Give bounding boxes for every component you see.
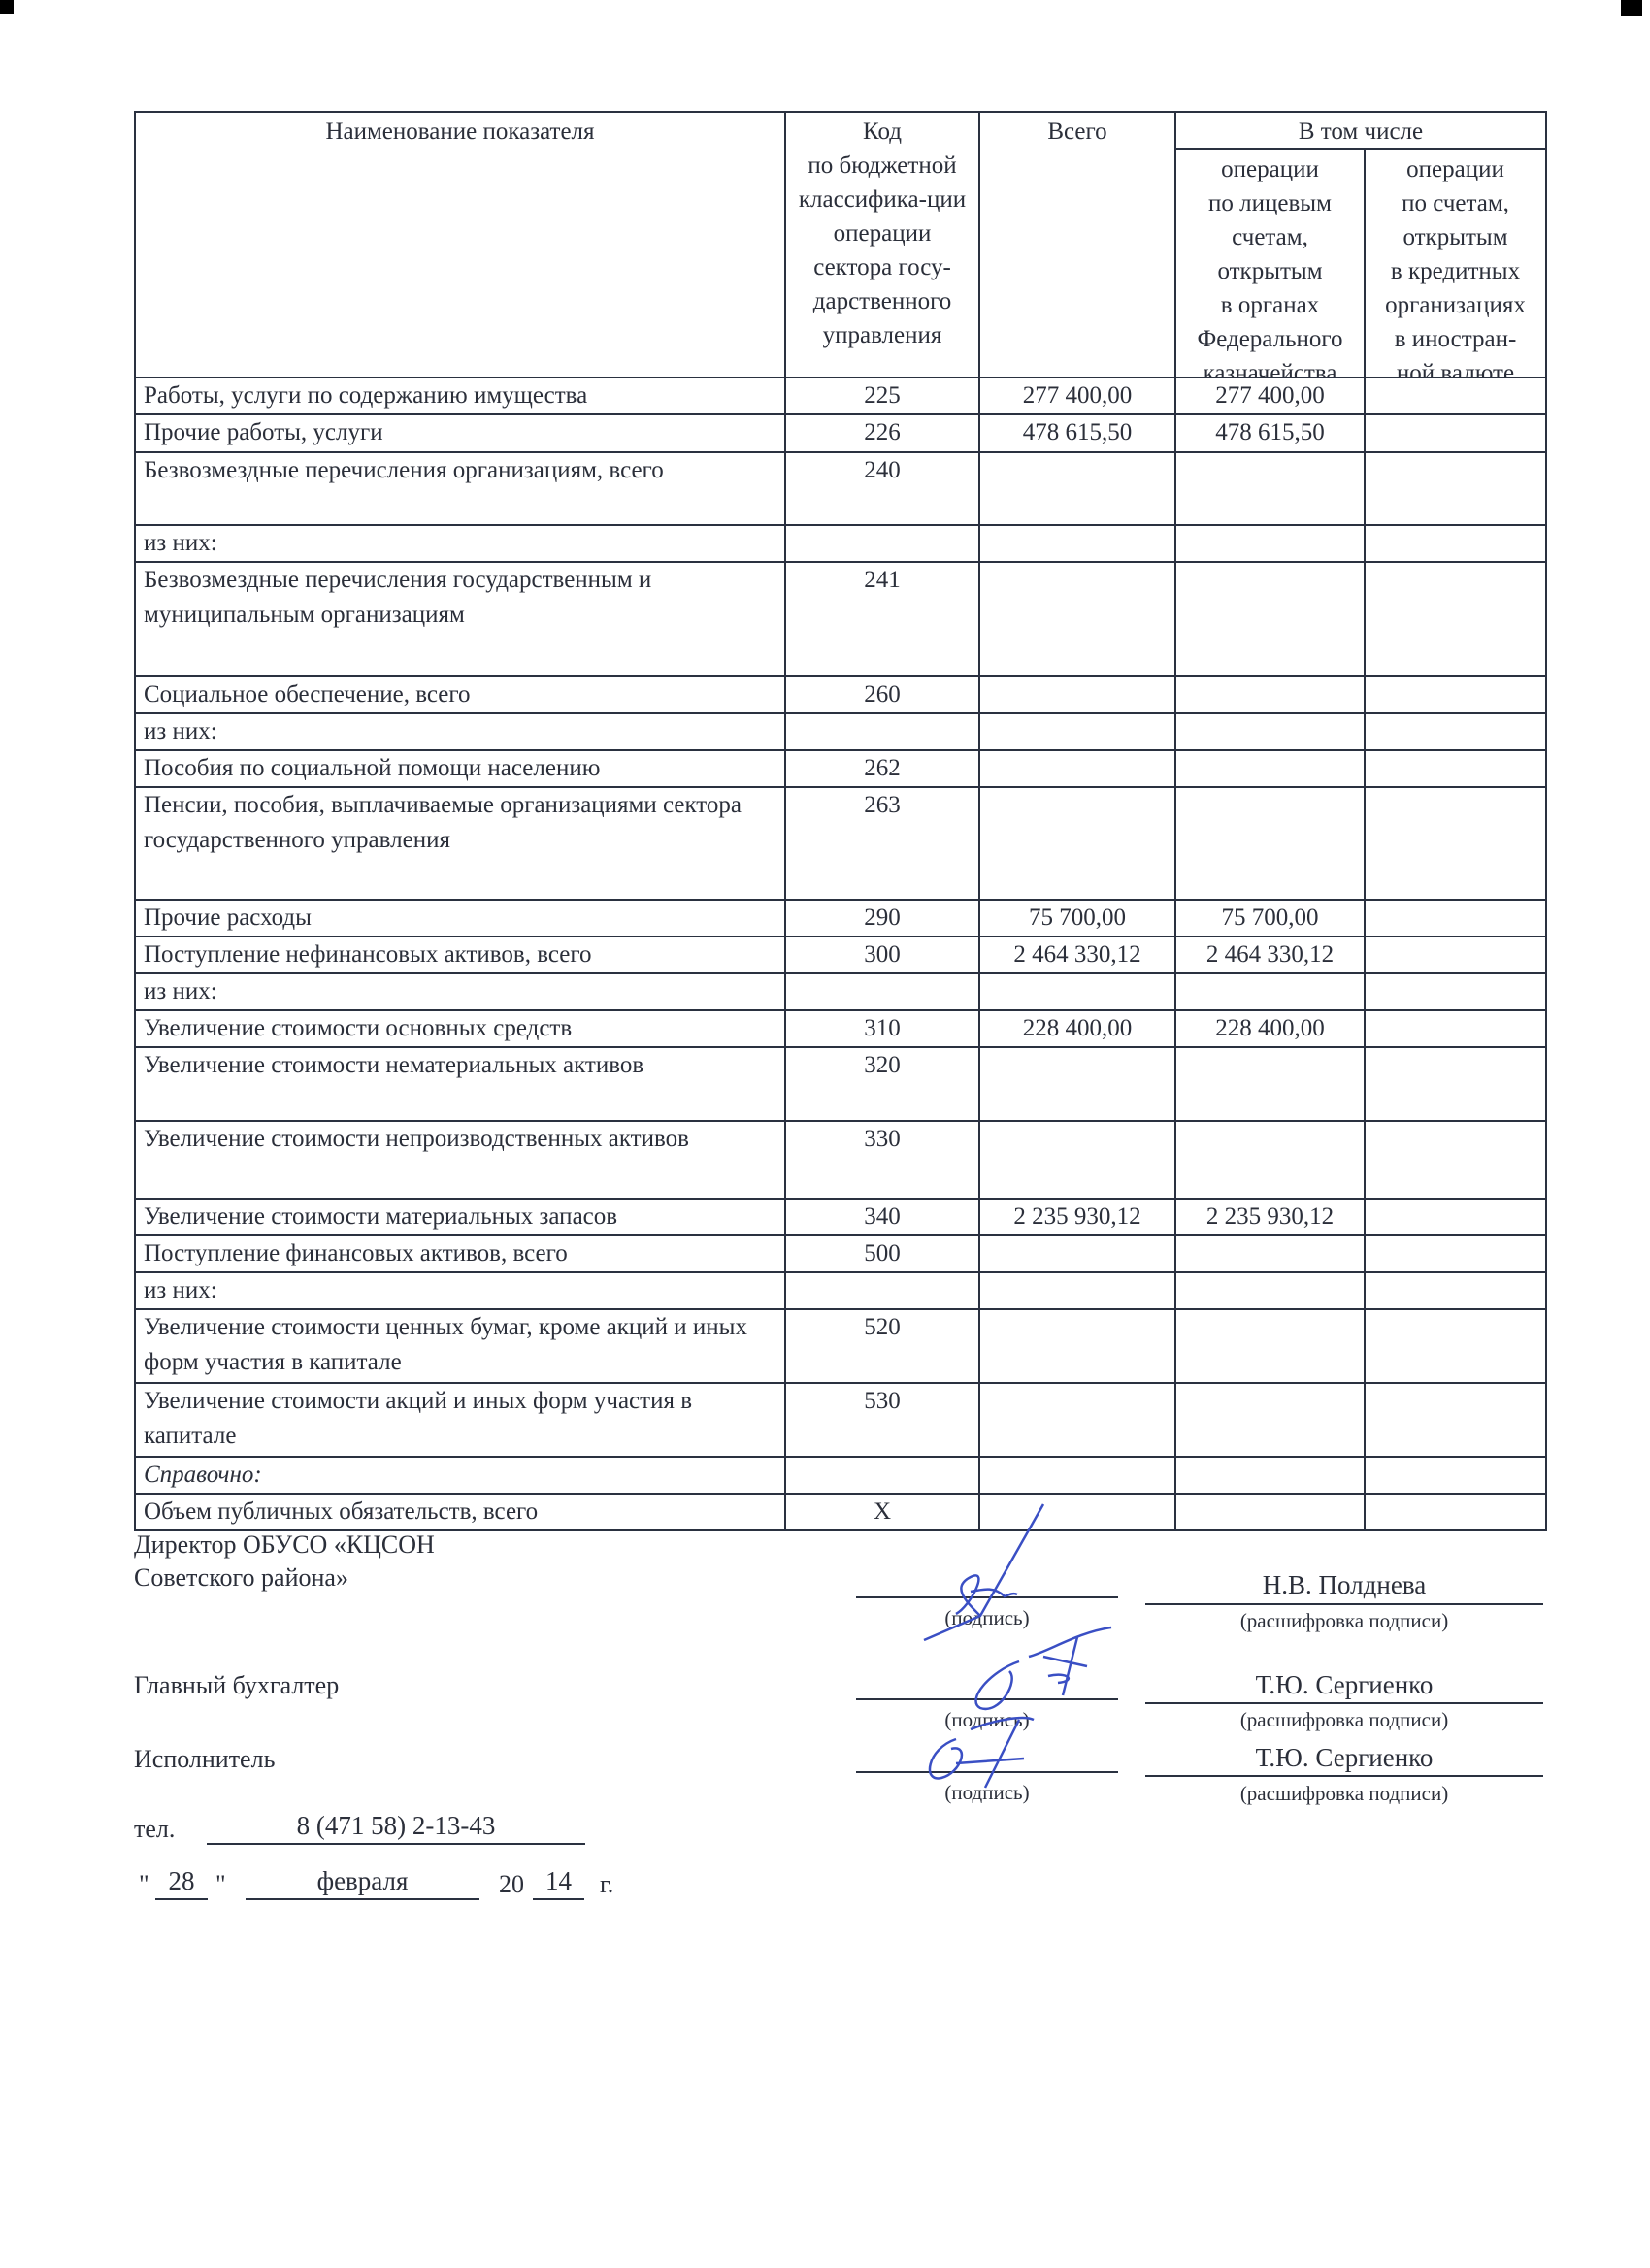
date-year-line	[533, 1898, 584, 1900]
table-row: Работы, услуги по содержанию имущества22…	[135, 378, 1546, 414]
table-row: Безвозмездные перечисления государственн…	[135, 562, 1546, 676]
phone-line	[207, 1843, 585, 1845]
cell-total	[979, 1272, 1175, 1309]
cell-code: 226	[785, 414, 979, 452]
cell-credit	[1365, 973, 1546, 1010]
cell-name: Пенсии, пособия, выплачиваемые организац…	[135, 787, 785, 900]
cell-name: Увеличение стоимости непроизводственных …	[135, 1121, 785, 1199]
date-month-line	[246, 1898, 479, 1900]
director-title: Директор ОБУСО «КЦСОН Советского района»	[134, 1528, 435, 1594]
cell-name: из них:	[135, 525, 785, 562]
cell-fk	[1175, 452, 1365, 525]
cell-fk	[1175, 713, 1365, 750]
cell-total	[979, 973, 1175, 1010]
cell-total	[979, 1121, 1175, 1199]
cell-name: Объем публичных обязательств, всего	[135, 1494, 785, 1530]
table-row: Социальное обеспечение, всего260	[135, 676, 1546, 713]
cell-credit	[1365, 1494, 1546, 1530]
cell-name: Увеличение стоимости акций и иных форм у…	[135, 1383, 785, 1457]
date-close-quote: "	[215, 1868, 226, 1901]
cell-code: 340	[785, 1199, 979, 1235]
cell-name: Работы, услуги по содержанию имущества	[135, 378, 785, 414]
cell-fk	[1175, 1494, 1365, 1530]
phone-label: тел.	[134, 1813, 175, 1846]
executor-signature-icon	[917, 1710, 1063, 1802]
date-open-quote: "	[139, 1868, 149, 1901]
table-row: из них:	[135, 1272, 1546, 1309]
cell-fk	[1175, 1309, 1365, 1383]
executor-name-line	[1145, 1775, 1543, 1777]
table-row: из них:	[135, 713, 1546, 750]
table-row: Объем публичных обязательств, всегоX	[135, 1494, 1546, 1530]
header-including: В том числе	[1175, 112, 1546, 149]
cell-fk	[1175, 562, 1365, 676]
cell-fk: 478 615,50	[1175, 414, 1365, 452]
cell-credit	[1365, 1047, 1546, 1121]
table-row: Увеличение стоимости акций и иных форм у…	[135, 1383, 1546, 1457]
cell-credit	[1365, 525, 1546, 562]
cell-credit	[1365, 1309, 1546, 1383]
cell-fk	[1175, 1383, 1365, 1457]
cell-fk	[1175, 787, 1365, 900]
cell-name: из них:	[135, 1272, 785, 1309]
cell-name: из них:	[135, 713, 785, 750]
cell-total	[979, 1309, 1175, 1383]
cell-credit	[1365, 1383, 1546, 1457]
date-year: 14	[533, 1866, 584, 1896]
cell-code	[785, 525, 979, 562]
header-fk: операциипо лицевымсчетам,открытымв орган…	[1175, 149, 1365, 378]
cell-total	[979, 713, 1175, 750]
table-row: из них:	[135, 525, 1546, 562]
scan-corner-mark	[0, 0, 14, 14]
report-table: Наименование показателя Кодпо бюджетнойк…	[134, 111, 1547, 1531]
date-day: 28	[155, 1866, 208, 1896]
cell-total: 228 400,00	[979, 1010, 1175, 1047]
phone-value: 8 (471 58) 2-13-43	[207, 1811, 585, 1841]
table-row: Поступление нефинансовых активов, всего3…	[135, 937, 1546, 973]
cell-total	[979, 676, 1175, 713]
cell-total	[979, 525, 1175, 562]
table-row: из них:	[135, 973, 1546, 1010]
chief-name-line	[1145, 1702, 1543, 1704]
cell-credit	[1365, 562, 1546, 676]
cell-name: Увеличение стоимости основных средств	[135, 1010, 785, 1047]
executor-name: Т.Ю. Сергиенко	[1145, 1743, 1543, 1773]
table-row: Увеличение стоимости непроизводственных …	[135, 1121, 1546, 1199]
chief-accountant-title: Главный бухгалтер	[134, 1669, 339, 1702]
cell-credit	[1365, 1235, 1546, 1272]
header-credit: операциипо счетам,открытымв кредитныхорг…	[1365, 149, 1546, 378]
director-title-line2: Советского района»	[134, 1561, 435, 1594]
cell-total: 478 615,50	[979, 414, 1175, 452]
date-suffix: г.	[600, 1868, 613, 1901]
cell-code	[785, 713, 979, 750]
table-row: Справочно:	[135, 1457, 1546, 1494]
cell-total	[979, 1457, 1175, 1494]
cell-code: 330	[785, 1121, 979, 1199]
cell-fk	[1175, 676, 1365, 713]
cell-total	[979, 1047, 1175, 1121]
cell-fk	[1175, 750, 1365, 787]
cell-credit	[1365, 452, 1546, 525]
cell-total	[979, 452, 1175, 525]
cell-credit	[1365, 750, 1546, 787]
cell-code	[785, 1457, 979, 1494]
cell-fk: 2 235 930,12	[1175, 1199, 1365, 1235]
cell-credit	[1365, 1199, 1546, 1235]
cell-credit	[1365, 1272, 1546, 1309]
cell-name: из них:	[135, 973, 785, 1010]
cell-fk	[1175, 1047, 1365, 1121]
cell-fk: 75 700,00	[1175, 900, 1365, 937]
cell-code: 263	[785, 787, 979, 900]
director-title-line1: Директор ОБУСО «КЦСОН	[134, 1528, 435, 1561]
director-name-caption: (расшифровка подписи)	[1145, 1609, 1543, 1633]
cell-name: Безвозмездные перечисления организациям,…	[135, 452, 785, 525]
cell-code: 500	[785, 1235, 979, 1272]
table-row: Безвозмездные перечисления организациям,…	[135, 452, 1546, 525]
cell-code: 290	[785, 900, 979, 937]
table-row: Прочие работы, услуги226478 615,50478 61…	[135, 414, 1546, 452]
cell-name: Поступление нефинансовых активов, всего	[135, 937, 785, 973]
cell-code: 530	[785, 1383, 979, 1457]
cell-name: Увеличение стоимости ценных бумаг, кроме…	[135, 1309, 785, 1383]
chief-accountant-name: Т.Ю. Сергиенко	[1145, 1670, 1543, 1700]
cell-name: Поступление финансовых активов, всего	[135, 1235, 785, 1272]
table-row: Увеличение стоимости материальных запасо…	[135, 1199, 1546, 1235]
header-total: Всего	[979, 112, 1175, 378]
cell-fk: 277 400,00	[1175, 378, 1365, 414]
director-name-line	[1145, 1603, 1543, 1605]
cell-credit	[1365, 378, 1546, 414]
cell-fk: 228 400,00	[1175, 1010, 1365, 1047]
cell-name: Прочие работы, услуги	[135, 414, 785, 452]
cell-name: Безвозмездные перечисления государственн…	[135, 562, 785, 676]
cell-total: 277 400,00	[979, 378, 1175, 414]
cell-code: 310	[785, 1010, 979, 1047]
cell-total	[979, 562, 1175, 676]
executor-name-caption: (расшифровка подписи)	[1145, 1782, 1543, 1806]
cell-credit	[1365, 676, 1546, 713]
cell-code: 240	[785, 452, 979, 525]
table-row: Увеличение стоимости ценных бумаг, кроме…	[135, 1309, 1546, 1383]
cell-code	[785, 973, 979, 1010]
cell-fk	[1175, 1235, 1365, 1272]
cell-fk	[1175, 973, 1365, 1010]
cell-code: 241	[785, 562, 979, 676]
cell-name: Пособия по социальной помощи населению	[135, 750, 785, 787]
date-month: февраля	[246, 1866, 479, 1896]
executor-title: Исполнитель	[134, 1743, 275, 1776]
cell-credit	[1365, 1121, 1546, 1199]
cell-name: Прочие расходы	[135, 900, 785, 937]
cell-total: 75 700,00	[979, 900, 1175, 937]
table-row: Увеличение стоимости основных средств310…	[135, 1010, 1546, 1047]
cell-fk	[1175, 1121, 1365, 1199]
scan-corner-mark	[1621, 0, 1642, 16]
date-century: 20	[499, 1868, 524, 1901]
cell-code: 320	[785, 1047, 979, 1121]
cell-total	[979, 750, 1175, 787]
date-day-line	[155, 1898, 208, 1900]
cell-credit	[1365, 1010, 1546, 1047]
cell-name: Социальное обеспечение, всего	[135, 676, 785, 713]
table-row: Пенсии, пособия, выплачиваемые организац…	[135, 787, 1546, 900]
cell-code: 300	[785, 937, 979, 973]
cell-name: Увеличение стоимости нематериальных акти…	[135, 1047, 785, 1121]
cell-total	[979, 787, 1175, 900]
cell-credit	[1365, 1457, 1546, 1494]
cell-code	[785, 1272, 979, 1309]
cell-total: 2 235 930,12	[979, 1199, 1175, 1235]
cell-code: 520	[785, 1309, 979, 1383]
cell-total	[979, 1383, 1175, 1457]
cell-credit	[1365, 900, 1546, 937]
cell-total	[979, 1235, 1175, 1272]
table-row: Прочие расходы29075 700,0075 700,00	[135, 900, 1546, 937]
cell-fk	[1175, 1457, 1365, 1494]
cell-fk	[1175, 525, 1365, 562]
table-row: Пособия по социальной помощи населению26…	[135, 750, 1546, 787]
chief-name-caption: (расшифровка подписи)	[1145, 1708, 1543, 1732]
chief-signature-icon	[961, 1623, 1116, 1715]
cell-fk: 2 464 330,12	[1175, 937, 1365, 973]
table-row: Увеличение стоимости нематериальных акти…	[135, 1047, 1546, 1121]
cell-name: Справочно:	[135, 1457, 785, 1494]
cell-total: 2 464 330,12	[979, 937, 1175, 973]
table-row: Поступление финансовых активов, всего500	[135, 1235, 1546, 1272]
cell-credit	[1365, 713, 1546, 750]
cell-credit	[1365, 414, 1546, 452]
cell-code: 260	[785, 676, 979, 713]
cell-fk	[1175, 1272, 1365, 1309]
cell-name: Увеличение стоимости материальных запасо…	[135, 1199, 785, 1235]
cell-credit	[1365, 787, 1546, 900]
cell-code: 225	[785, 378, 979, 414]
header-name: Наименование показателя	[135, 112, 785, 378]
director-name: Н.В. Полднева	[1145, 1570, 1543, 1600]
cell-code: 262	[785, 750, 979, 787]
cell-credit	[1365, 937, 1546, 973]
header-code: Кодпо бюджетнойклассифика-цииоперациисек…	[785, 112, 979, 378]
